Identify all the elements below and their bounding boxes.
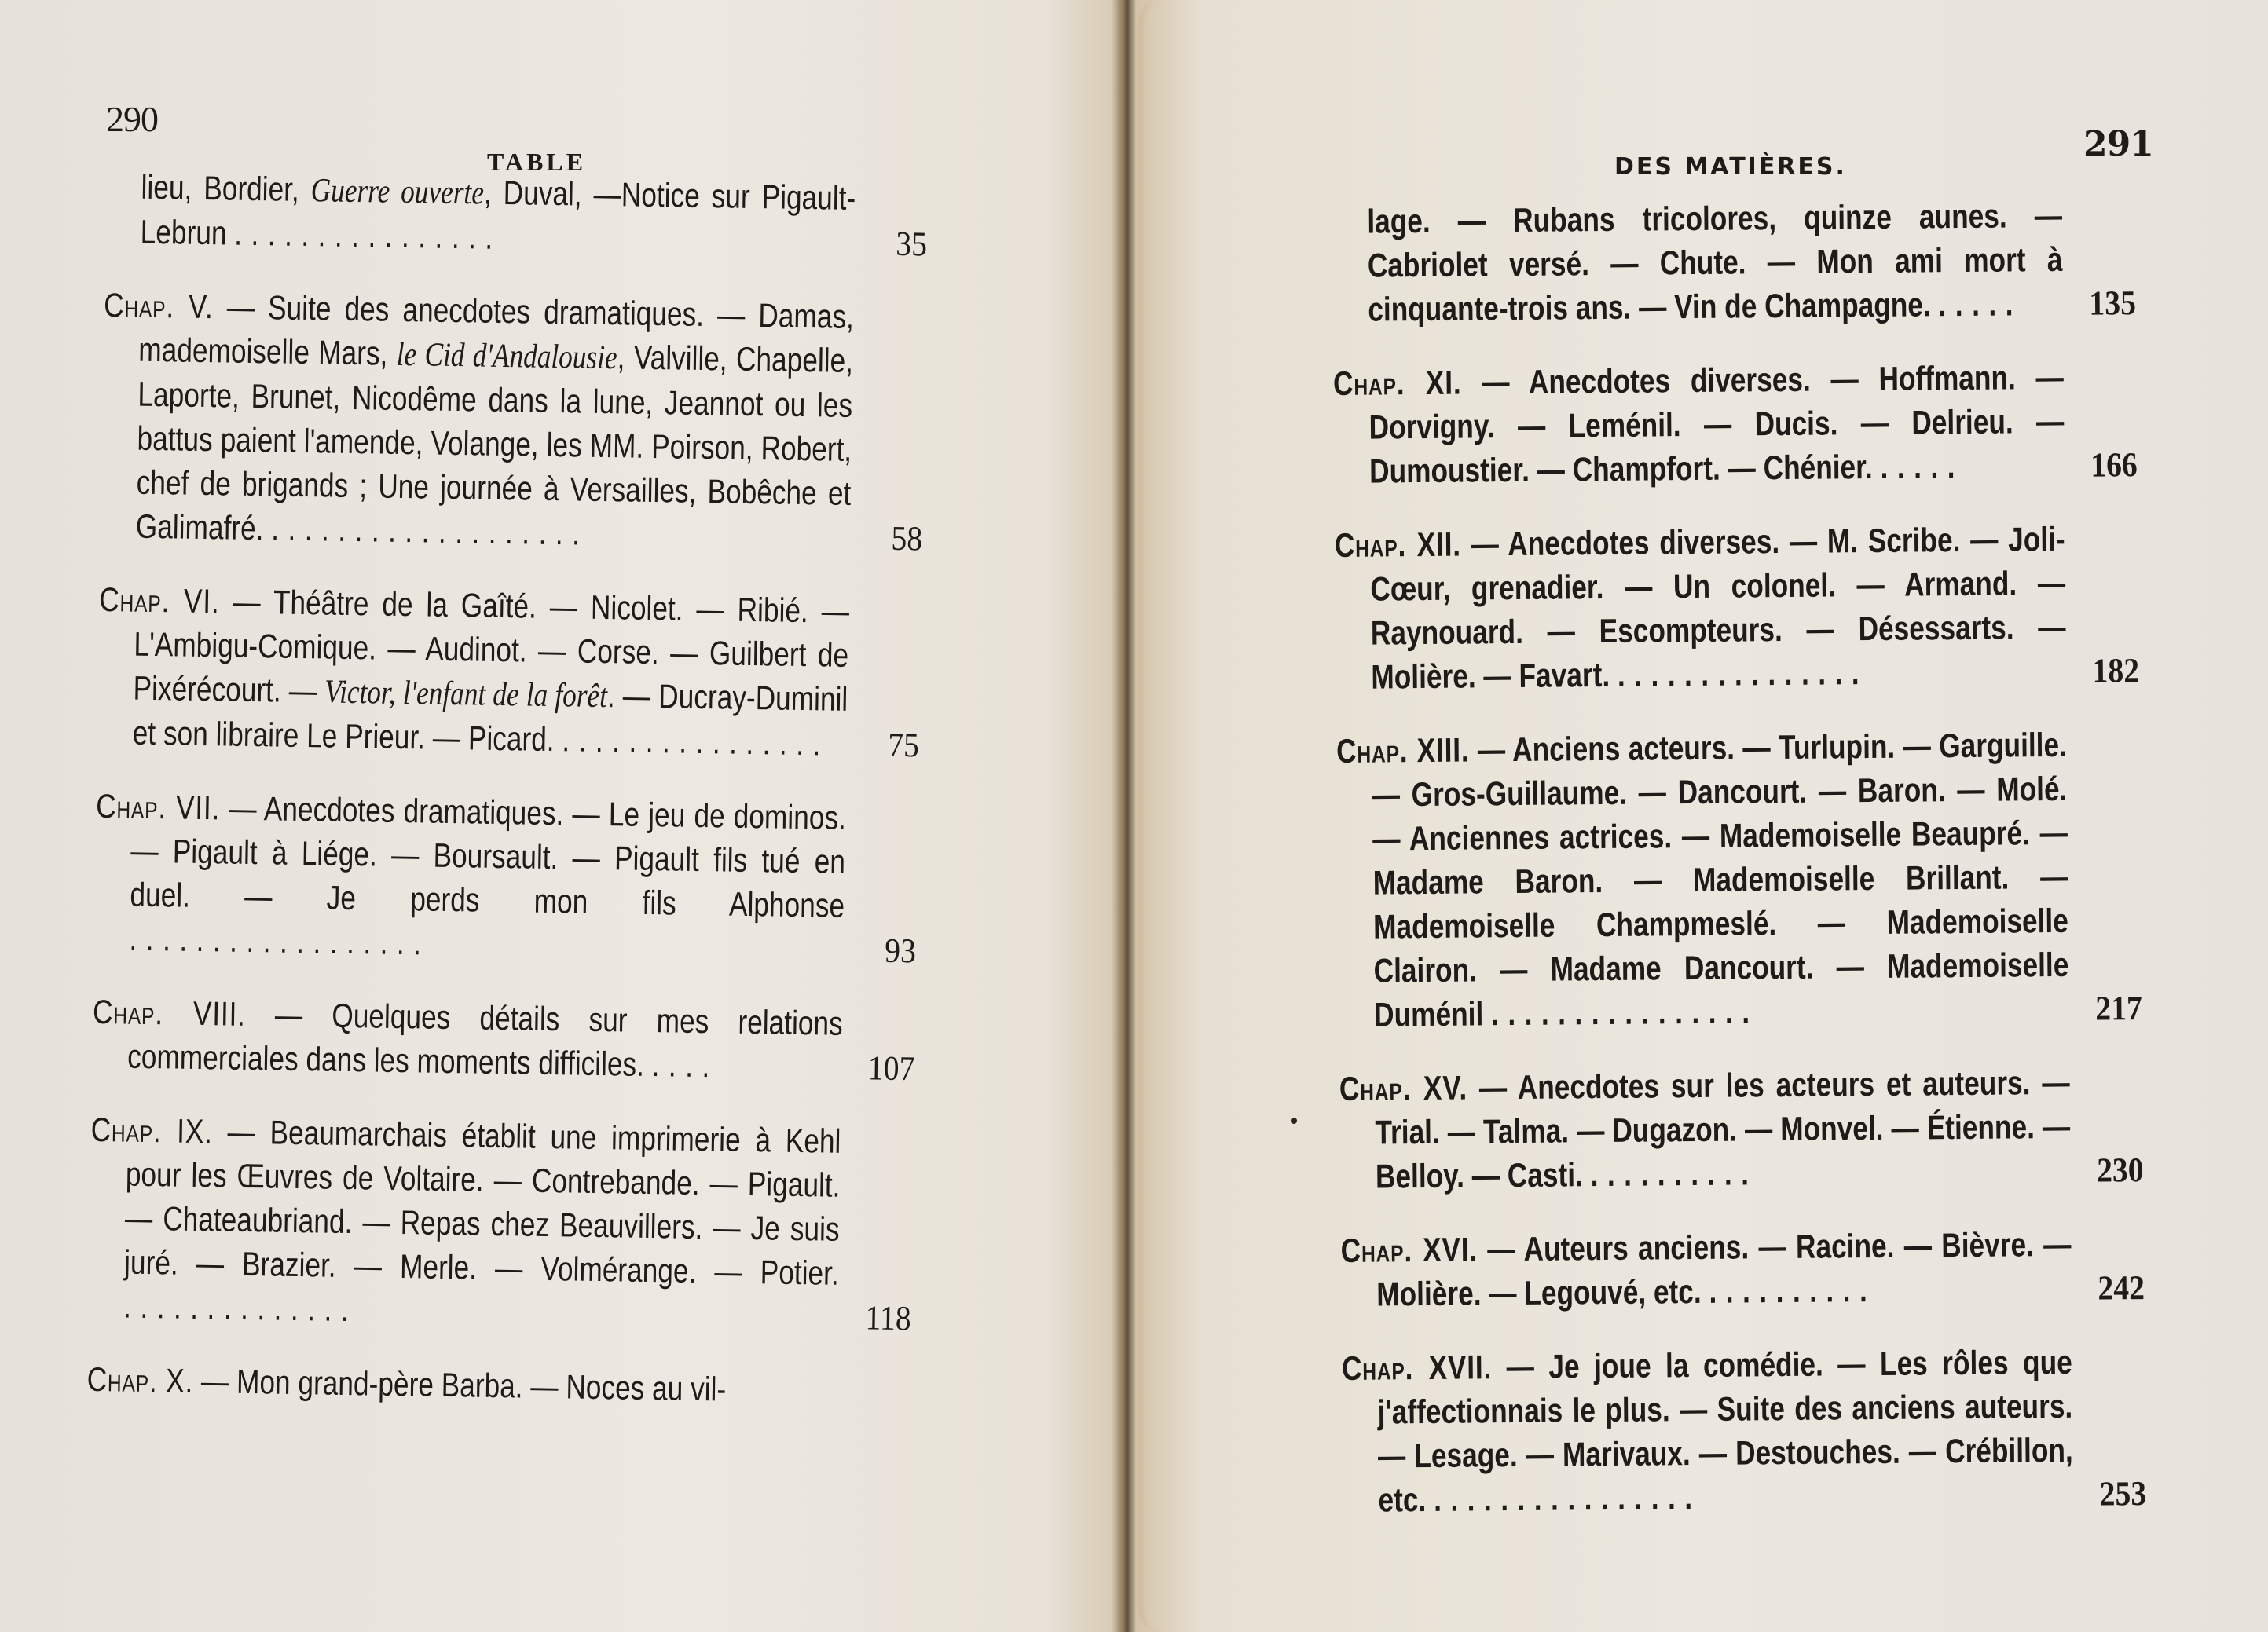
toc-page-ref: 242 (2098, 1266, 2145, 1311)
toc-entry: Chap. V. — Suite des anecdotes dramatiqu… (100, 284, 925, 561)
dot-leader: .................. (129, 920, 431, 963)
chapter-label: Chap. XV. (1339, 1070, 1468, 1108)
dot-leader: ..... (1938, 285, 2022, 324)
chapter-label: Chap. V. (104, 287, 214, 326)
toc-entry: Chap. XII. — Anecdotes diverses. — M. Sc… (1335, 517, 2138, 700)
chapter-label: Chap. XI. (1333, 364, 1462, 403)
toc-page-ref: 118 (865, 1296, 911, 1341)
toc-page-ref: 182 (2092, 649, 2139, 693)
toc-page-ref: 135 (2089, 281, 2136, 326)
toc-page-ref: 166 (2090, 443, 2138, 488)
dot-leader: ............... (1618, 654, 1869, 694)
toc-page-ref: 230 (2097, 1148, 2144, 1193)
toc-entry: Chap. XIII. — Anciens acteurs. — Turlupi… (1336, 723, 2140, 1037)
chapter-label: Chap. VIII. (93, 993, 246, 1034)
toc-entry: Chap. VI. — Théâtre de la Gaîté. — Nicol… (97, 578, 920, 767)
chapter-label: Chap. VI. (99, 581, 220, 620)
right-page: DES MATIÈRES. 291 lage. — Rubans tricolo… (1163, 0, 2268, 1632)
toc-entry: Chap. VII. — Anecdotes dramatiques. — Le… (93, 785, 917, 973)
toc-page-ref: 93 (885, 929, 917, 974)
chapter-label: Chap. XVI. (1340, 1231, 1478, 1270)
table-of-contents-left: lieu, Bordier, Guerre ouverte, Duval, —N… (86, 165, 927, 1444)
dot-leader: ................ (562, 721, 830, 763)
toc-entry: lage. — Rubans tricolores, quinze aunes.… (1332, 193, 2134, 332)
chapter-label: Chap. VII. (96, 788, 221, 827)
dot-leader: ................ (1434, 1479, 1702, 1519)
toc-page-ref: 217 (2095, 986, 2142, 1031)
table-of-contents-right: lage. — Rubans tricolores, quinze aunes.… (1332, 193, 2145, 1553)
page-number-left: 290 (106, 98, 158, 140)
chapter-label: Chap. XIII. (1336, 731, 1470, 770)
toc-page-ref: 107 (868, 1046, 915, 1091)
toc-page-ref: 253 (2099, 1472, 2146, 1517)
running-head-right: DES MATIÈRES. (1614, 153, 1847, 181)
dot-leader: ................ (1491, 993, 1759, 1033)
open-book-spread: 290 TABLE lieu, Bordier, Guerre ouverte,… (0, 0, 2268, 1632)
toc-entry: Chap. XI. — Anecdotes diverses. — Hoffma… (1333, 355, 2135, 494)
chapter-label: Chap. IX. (90, 1111, 213, 1151)
toc-page-ref: 75 (888, 723, 920, 768)
chapter-label: Chap. X. (86, 1361, 193, 1400)
toc-entry: Chap. XVI. — Auteurs anciens. — Racine. … (1340, 1222, 2142, 1317)
toc-page-ref: 58 (891, 517, 923, 562)
dot-leader: ................ (234, 215, 502, 257)
dot-leader: .............. (123, 1288, 358, 1330)
toc-entry: Chap. XVII. — Je joue la comédie. — Les … (1342, 1340, 2145, 1523)
toc-entry: Chap. VIII. — Quelques détails sur mes r… (92, 990, 914, 1091)
toc-entry: Chap. IX. — Beaumarchais établit une imp… (88, 1108, 912, 1341)
left-page: 290 TABLE lieu, Bordier, Guerre ouverte,… (0, 0, 1116, 1632)
toc-entry: lieu, Bordier, Guerre ouverte, Duval, —N… (104, 165, 927, 266)
dot-leader: ................... (271, 510, 589, 552)
page-number-right: 291 (2083, 124, 2153, 164)
dot-leader: .... (651, 1046, 719, 1085)
dot-leader: ..... (1880, 448, 1964, 486)
ink-speck (1291, 1118, 1297, 1124)
chapter-label: Chap. XVII. (1342, 1348, 1493, 1388)
toc-entry: Chap. X. — Mon grand-père Barba. — Noces… (86, 1358, 908, 1414)
dot-leader: .......... (1709, 1272, 1876, 1311)
chapter-label: Chap. XII. (1335, 526, 1461, 565)
toc-page-ref: 35 (896, 222, 928, 267)
toc-entry: Chap. XV. — Anecdotes sur les acteurs et… (1339, 1060, 2142, 1199)
dot-leader: .......... (1590, 1154, 1757, 1194)
